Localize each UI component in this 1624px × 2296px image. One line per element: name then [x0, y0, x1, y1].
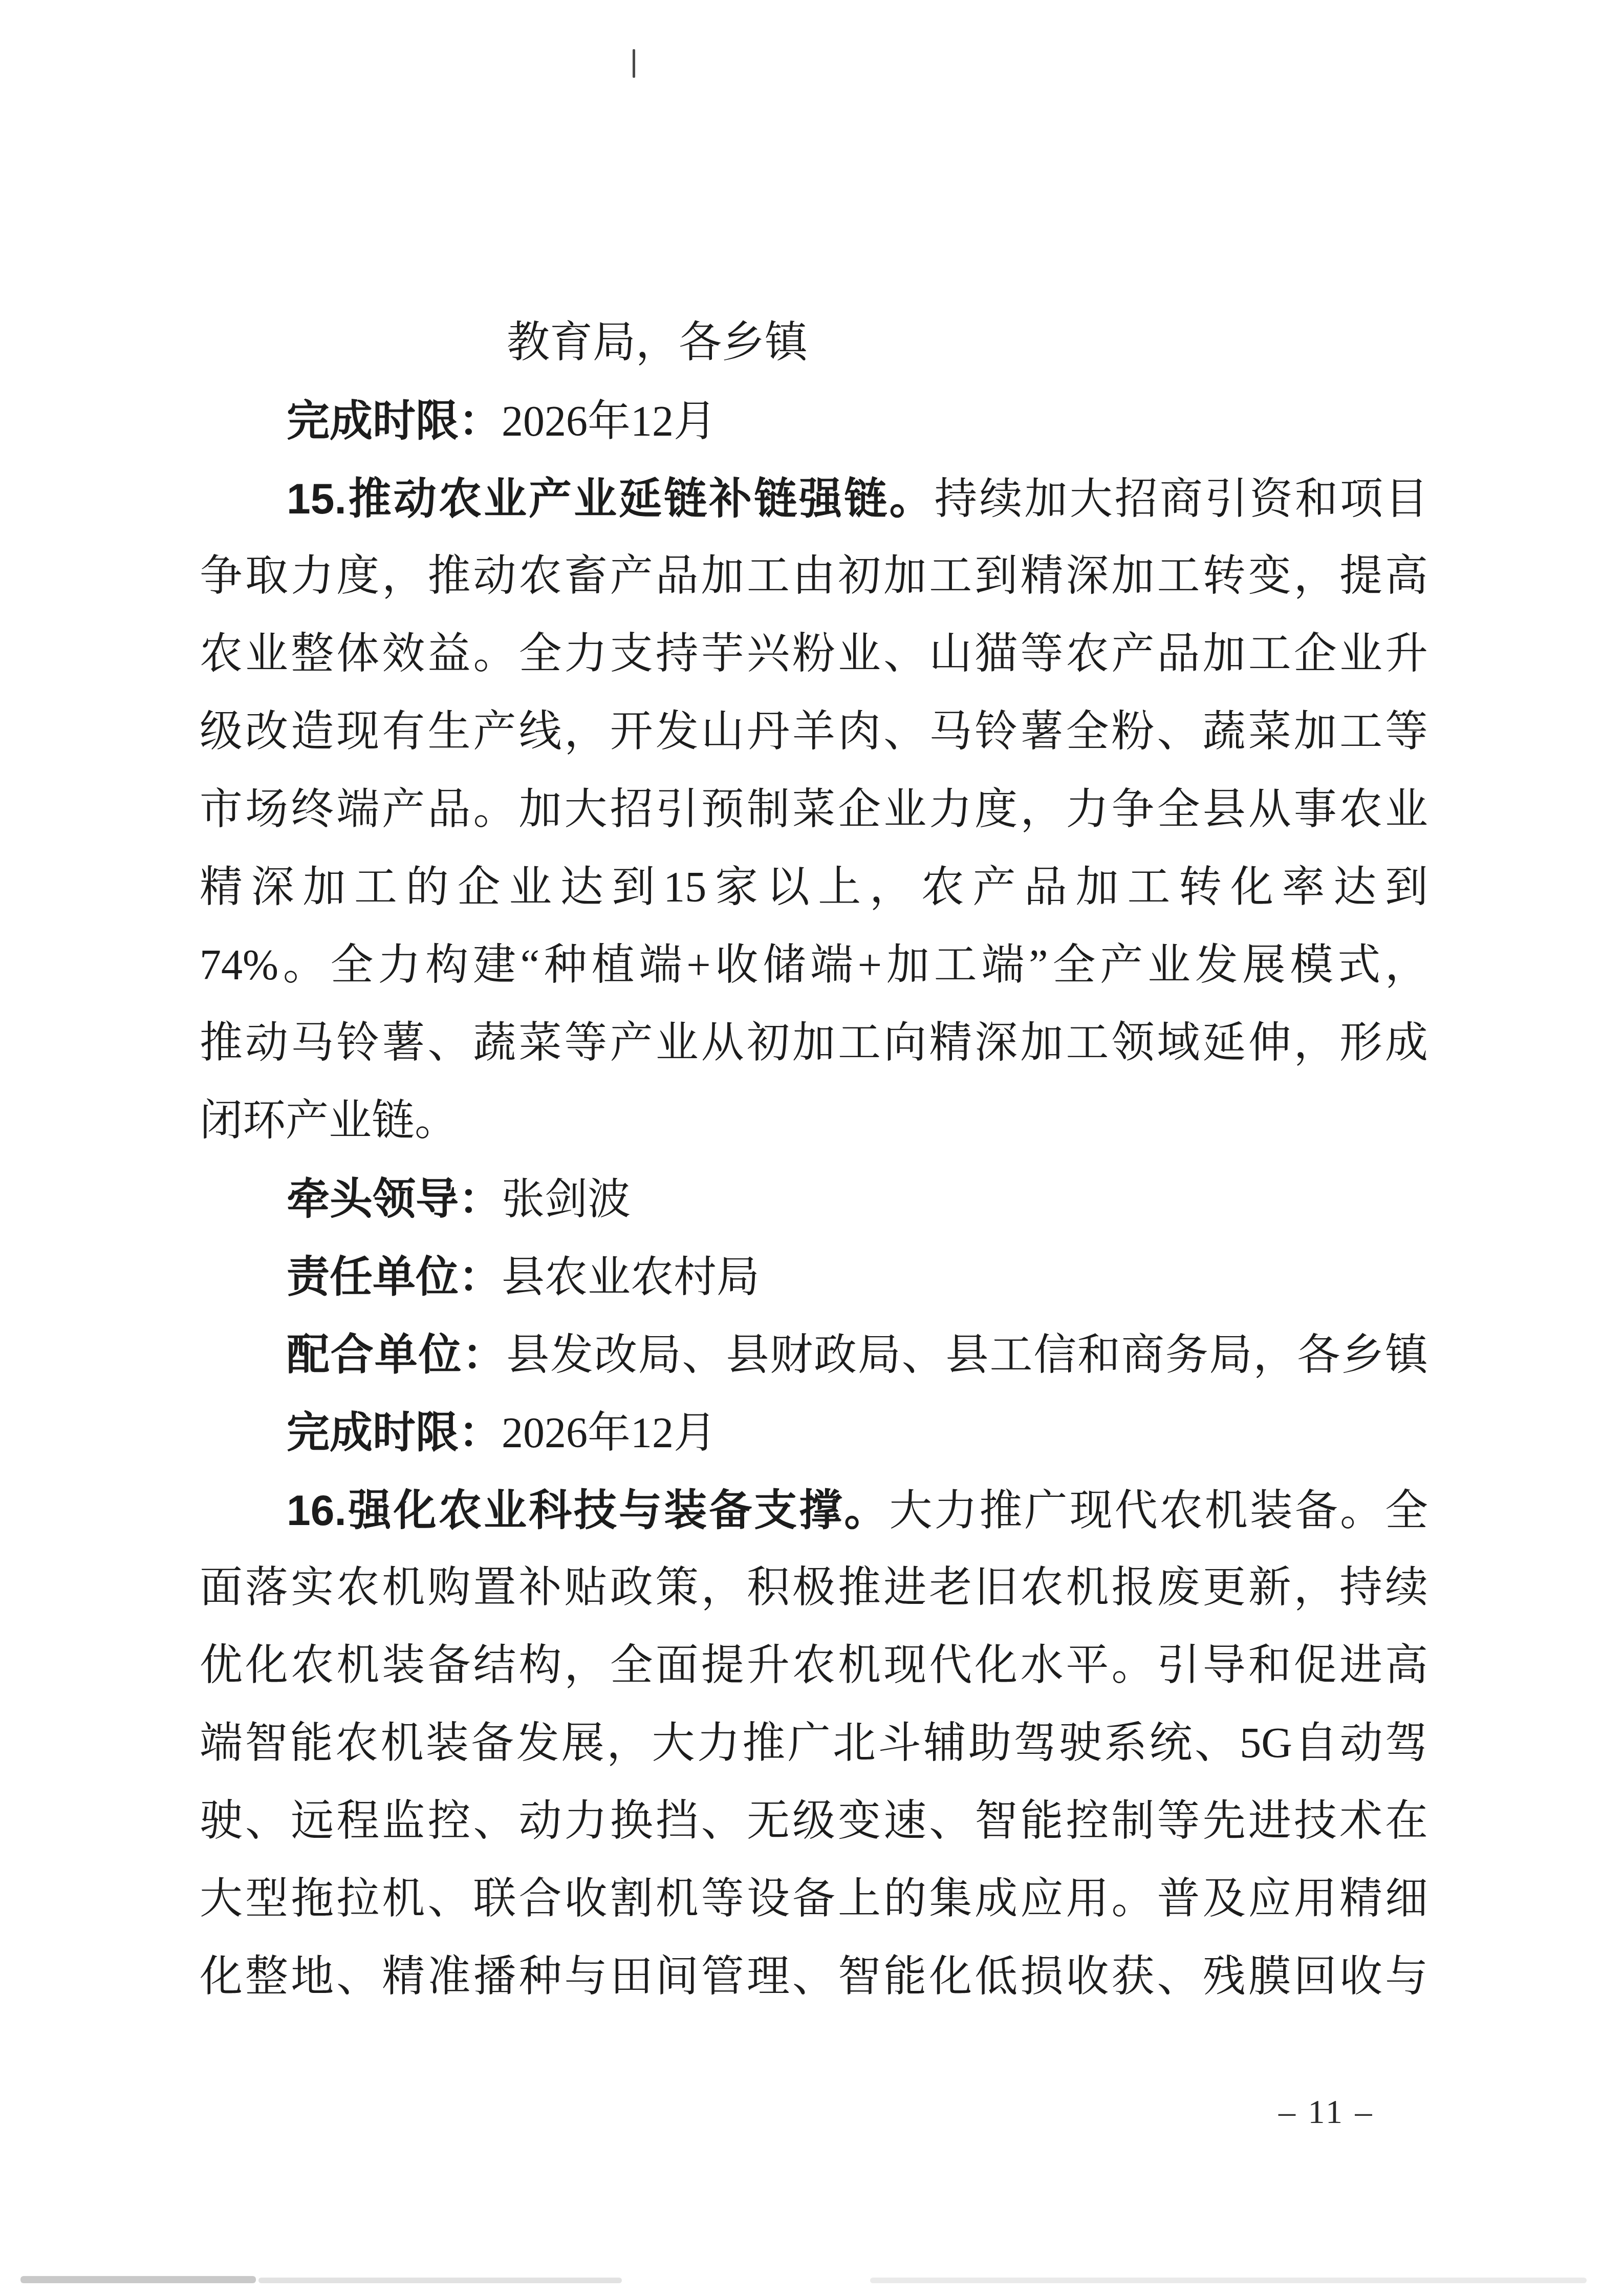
line-task16-body: 驶、远程监控、动力换挡、无级变速、智能控制等先进技术在: [200, 1783, 1428, 1860]
line-task15-body: 争取力度，推动农畜产品加工由初加工到精深加工转变，提高: [200, 538, 1428, 615]
line-lead-leader: 牵头领导：张剑波: [200, 1160, 1428, 1238]
scan-artifact: [258, 2278, 622, 2283]
text-segment: 闭环产业链。: [200, 1097, 458, 1145]
text-segment: 教育局，各乡镇: [507, 319, 808, 367]
heading-bold-segment: 15.推动农业产业延链补链强链。: [287, 475, 934, 523]
label-bold-segment: 牵头领导：: [287, 1175, 502, 1223]
text-segment: 驶、远程监控、动力换挡、无级变速、智能控制等先进技术在: [200, 1797, 1428, 1845]
line-task15-body: 74%。全力构建“种植端+收储端+加工端”全产业发展模式，: [200, 927, 1428, 1004]
document-page: 教育局，各乡镇 完成时限：2026年12月 15.推动农业产业延链补链强链。持续…: [0, 0, 1624, 2296]
text-segment: 大力推广现代农机装备。全: [889, 1487, 1428, 1535]
text-segment: 争取力度，推动农畜产品加工由初加工到精深加工转变，提高: [200, 552, 1428, 600]
scan-artifact: [633, 49, 635, 78]
text-segment: 农业整体效益。全力支持芋兴粉业、山猫等农产品加工企业升: [200, 630, 1428, 678]
line-task15-body-end: 闭环产业链。: [200, 1082, 1428, 1160]
line-task16-body: 优化农机装备结构，全面提升农机现代化水平。引导和促进高: [200, 1627, 1428, 1705]
line-task15-body: 精深加工的企业达到15家以上，农产品加工转化率达到: [200, 849, 1428, 927]
text-segment: 精深加工的企业达到15家以上，农产品加工转化率达到: [200, 864, 1428, 911]
text-segment: 推动马铃薯、蔬菜等产业从初加工向精深加工领域延伸，形成: [200, 1019, 1428, 1067]
label-bold-segment: 配合单位：: [287, 1331, 506, 1379]
text-segment: 级改造现有生产线，开发山丹羊肉、马铃薯全粉、蔬菜加工等: [200, 708, 1428, 756]
text-segment: 张剑波: [502, 1176, 631, 1224]
text-segment: 2026年12月: [502, 398, 717, 445]
page-number: – 11 –: [1279, 2092, 1374, 2133]
line-task15-body: 农业整体效益。全力支持芋兴粉业、山猫等农产品加工企业升: [200, 615, 1428, 693]
line-deadline: 完成时限：2026年12月: [200, 382, 1428, 460]
line-deadline: 完成时限：2026年12月: [200, 1393, 1428, 1471]
line-cooperating-units: 配合单位：县发改局、县财政局、县工信和商务局，各乡镇: [200, 1316, 1428, 1393]
text-segment: 持续加大招商引资和项目: [934, 476, 1428, 523]
line-responsible-unit: 责任单位：县农业农村局: [200, 1238, 1428, 1316]
text-segment: 面落实农机购置补贴政策，积极推进老旧农机报废更新，持续: [200, 1564, 1428, 1612]
heading-bold-segment: 16.强化农业科技与装备支撑。: [287, 1486, 889, 1534]
text-segment: 县农业农村局: [502, 1254, 760, 1301]
scan-artifact: [870, 2278, 1587, 2283]
document-body: 教育局，各乡镇 完成时限：2026年12月 15.推动农业产业延链补链强链。持续…: [200, 304, 1428, 2016]
label-bold-segment: 完成时限：: [287, 397, 502, 445]
scan-artifact: [20, 2276, 256, 2283]
line-cooperating-units-continued: 教育局，各乡镇: [200, 304, 1428, 382]
label-bold-segment: 责任单位：: [287, 1253, 502, 1301]
text-segment: 市场终端产品。加大招引预制菜企业力度，力争全县从事农业: [200, 786, 1428, 833]
text-segment: 优化农机装备结构，全面提升农机现代化水平。引导和促进高: [200, 1642, 1428, 1689]
line-task16-body: 大型拖拉机、联合收割机等设备上的集成应用。普及应用精细: [200, 1860, 1428, 1938]
text-segment: 端智能农机装备发展，大力推广北斗辅助驾驶系统、5G自动驾: [200, 1720, 1428, 1767]
text-segment: 大型拖拉机、联合收割机等设备上的集成应用。普及应用精细: [200, 1875, 1428, 1923]
line-task15-body: 推动马铃薯、蔬菜等产业从初加工向精深加工领域延伸，形成: [200, 1004, 1428, 1082]
text-segment: 2026年12月: [502, 1409, 717, 1457]
line-task15-body: 市场终端产品。加大招引预制菜企业力度，力争全县从事农业: [200, 771, 1428, 849]
line-task15-title: 15.推动农业产业延链补链强链。持续加大招商引资和项目: [200, 460, 1428, 538]
text-segment: 县发改局、县财政局、县工信和商务局，各乡镇: [506, 1332, 1428, 1379]
line-task16-body: 化整地、精准播种与田间管理、智能化低损收获、残膜回收与: [200, 1938, 1428, 2016]
line-task16-body: 端智能农机装备发展，大力推广北斗辅助驾驶系统、5G自动驾: [200, 1705, 1428, 1783]
text-segment: 化整地、精准播种与田间管理、智能化低损收获、残膜回收与: [200, 1953, 1428, 2001]
line-task15-body: 级改造现有生产线，开发山丹羊肉、马铃薯全粉、蔬菜加工等: [200, 693, 1428, 771]
text-segment: 74%。全力构建“种植端+收储端+加工端”全产业发展模式，: [200, 941, 1428, 989]
line-task16-body: 面落实农机购置补贴政策，积极推进老旧农机报废更新，持续: [200, 1549, 1428, 1627]
line-task16-title: 16.强化农业科技与装备支撑。大力推广现代农机装备。全: [200, 1471, 1428, 1549]
label-bold-segment: 完成时限：: [287, 1408, 502, 1456]
